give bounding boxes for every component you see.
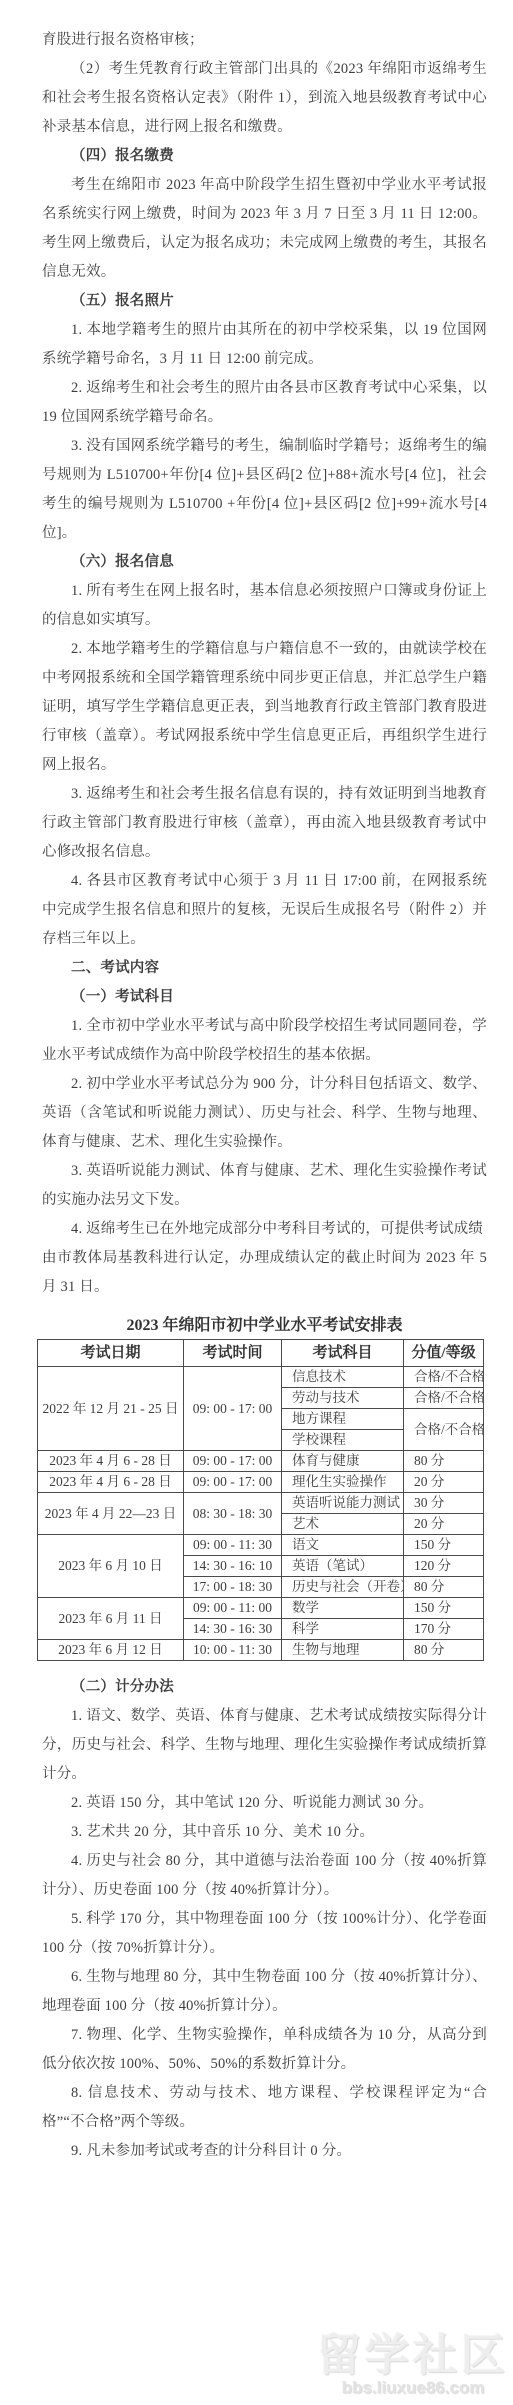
cell-subject: 劳动与技术: [282, 1388, 404, 1409]
watermark-logo-text: 留学社区: [317, 2333, 509, 2379]
para-scoring-biology-geography: 6. 生物与地理 80 分，其中生物卷面 100 分（按 40%折算计分）、地理…: [42, 1963, 487, 2021]
heading-registration-info: （六）报名信息: [42, 548, 487, 577]
table-row: 2023 年 6 月 12 日 10: 00 - 11: 30 生物与地理 80…: [38, 1640, 484, 1661]
table-header-row: 考试日期 考试时间 考试科目 分值/等级: [38, 1340, 484, 1367]
document-page: 育股进行报名资格审核； （2）考生凭教育行政主管部门出具的《2023 年绵阳市返…: [0, 0, 513, 2405]
para-photo-returning: 2. 返绵考生和社会考生的照片由各县市区教育考试中心采集，以 19 位国网系统学…: [42, 374, 487, 432]
cell-time: 14: 30 - 16: 10: [184, 1556, 282, 1577]
para-payment-detail: 考生在绵阳市 2023 年高中阶段学生招生暨初中学业水平考试报名系统实行网上缴费…: [42, 171, 487, 287]
cell-score: 20 分: [404, 1472, 484, 1493]
cell-date: 2023 年 6 月 11 日: [38, 1598, 184, 1640]
cell-time: 09: 00 - 17: 00: [184, 1451, 282, 1472]
cell-subject: 信息技术: [282, 1367, 404, 1388]
exam-table-title: 2023 年绵阳市初中学业水平考试安排表: [42, 1312, 487, 1335]
cell-score: 120 分: [404, 1556, 484, 1577]
heading-registration-photo: （五）报名照片: [42, 287, 487, 316]
cell-score: 合格/不合格: [404, 1409, 484, 1451]
cell-date: 2023 年 6 月 12 日: [38, 1640, 184, 1661]
cell-subject: 体育与健康: [282, 1451, 404, 1472]
cell-score: 80 分: [404, 1577, 484, 1598]
table-row: 2023 年 4 月 22—23 日 08: 30 - 18: 30 英语听说能…: [38, 1493, 484, 1514]
cell-time: 09: 00 - 11: 00: [184, 1598, 282, 1619]
para-photo-numbering-rule: 3. 没有国网系统学籍号的考生，编制临时学籍号；返绵考生的编号规则为 L5107…: [42, 432, 487, 548]
cell-score: 150 分: [404, 1535, 484, 1556]
cell-time: 08: 30 - 18: 30: [184, 1493, 282, 1535]
cell-subject: 历史与社会（开卷）: [282, 1577, 404, 1598]
cell-time: 09: 00 - 17: 00: [184, 1472, 282, 1493]
para-scoring-science: 5. 科学 170 分，其中物理卷面 100 分（按 100%计分）、化学卷面 …: [42, 1905, 487, 1963]
para-photo-local: 1. 本地学籍考生的照片由其所在的初中学校采集，以 19 位国网系统学籍号命名，…: [42, 316, 487, 374]
cell-time: 14: 30 - 16: 30: [184, 1619, 282, 1640]
cell-date: 2022 年 12 月 21 - 25 日: [38, 1367, 184, 1451]
para-scoring-lab-operation: 7. 物理、化学、生物实验操作，单科成绩各为 10 分，从高分到低分依次按 10…: [42, 2021, 487, 2079]
para-returning-scores: 4. 返绵考生已在外地完成部分中考科目考试的，可提供考试成绩: [42, 1215, 487, 1244]
cell-time: 10: 00 - 11: 30: [184, 1640, 282, 1661]
cell-subject: 艺术: [282, 1514, 404, 1535]
cell-time: 09: 00 - 17: 00: [184, 1367, 282, 1451]
table-row: 2023 年 6 月 10 日 09: 00 - 11: 30 语文 150 分: [38, 1535, 484, 1556]
para-scoring-english: 2. 英语 150 分，其中笔试 120 分、听说能力测试 30 分。: [42, 1789, 487, 1818]
para-subjects-separate-rules: 3. 英语听说能力测试、体育与健康、艺术、理化生实验操作考试的实施办法另文下发。: [42, 1157, 487, 1215]
cell-date: 2023 年 4 月 6 - 28 日: [38, 1451, 184, 1472]
cell-time: 17: 00 - 18: 30: [184, 1577, 282, 1598]
cell-score: 80 分: [404, 1451, 484, 1472]
cell-subject: 科学: [282, 1619, 404, 1640]
para-info-error: 3. 返绵考生和社会考生报名信息有误的，持有效证明到当地教育行政主管部门教育股进…: [42, 780, 487, 867]
para-info-verify: 4. 各县市区教育考试中心须于 3 月 11 日 17:00 前，在网报系统中完…: [42, 867, 487, 954]
exam-schedule-table: 考试日期 考试时间 考试科目 分值/等级 2022 年 12 月 21 - 25…: [37, 1339, 484, 1661]
para-scoring-history-society: 4. 历史与社会 80 分，其中道德与法治卷面 100 分（按 40%折算计分）…: [42, 1847, 487, 1905]
header-exam-time: 考试时间: [184, 1340, 282, 1367]
header-exam-date: 考试日期: [38, 1340, 184, 1367]
heading-exam-subjects: （一）考试科目: [42, 983, 487, 1012]
heading-registration-payment: （四）报名缴费: [42, 142, 487, 171]
cell-date: 2023 年 6 月 10 日: [38, 1535, 184, 1598]
cell-subject: 地方课程: [282, 1409, 404, 1430]
para-score-recognition-deadline: 由市教体局基教科进行认定，办理成绩认定的截止时间为 2023 年 5 月 31 …: [42, 1244, 487, 1302]
cell-subject: 语文: [282, 1535, 404, 1556]
cell-subject: 生物与地理: [282, 1640, 404, 1661]
cell-subject: 英语（笔试）: [282, 1556, 404, 1577]
header-exam-subject: 考试科目: [282, 1340, 404, 1367]
cell-time: 09: 00 - 11: 30: [184, 1535, 282, 1556]
para-review-continuation: 育股进行报名资格审核；: [42, 26, 487, 55]
cell-score: 20 分: [404, 1514, 484, 1535]
table-row: 2023 年 4 月 6 - 28 日 09: 00 - 17: 00 体育与健…: [38, 1451, 484, 1472]
watermark-site-url: bbs.liuxue86.com: [317, 2379, 509, 2397]
para-returning-candidates: （2）考生凭教育行政主管部门出具的《2023 年绵阳市返绵考生和社会考生报名资格…: [42, 55, 487, 142]
table-row: 2023 年 4 月 6 - 28 日 09: 00 - 17: 00 理化生实…: [38, 1472, 484, 1493]
cell-score: 150 分: [404, 1598, 484, 1619]
cell-score: 30 分: [404, 1493, 484, 1514]
cell-score: 80 分: [404, 1640, 484, 1661]
cell-score: 170 分: [404, 1619, 484, 1640]
para-info-fill: 1. 所有考生在网上报名时，基本信息必须按照户口簿或身份证上的信息如实填写。: [42, 577, 487, 635]
para-scoring-art: 3. 艺术共 20 分，其中音乐 10 分、美术 10 分。: [42, 1818, 487, 1847]
cell-subject: 理化生实验操作: [282, 1472, 404, 1493]
site-watermark: 留学社区 bbs.liuxue86.com: [317, 2333, 509, 2397]
para-info-mismatch: 2. 本地学籍考生的学籍信息与户籍信息不一致的，由就读学校在中考网报系统和全国学…: [42, 635, 487, 780]
cell-subject: 英语听说能力测试: [282, 1493, 404, 1514]
table-row: 2022 年 12 月 21 - 25 日 09: 00 - 17: 00 信息…: [38, 1367, 484, 1388]
section-exam-content: 二、考试内容: [42, 954, 487, 983]
cell-date: 2023 年 4 月 22—23 日: [38, 1493, 184, 1535]
cell-score: 合格/不合格: [404, 1367, 484, 1388]
heading-scoring-method: （二）计分办法: [42, 1673, 487, 1702]
table-row: 2023 年 6 月 11 日 09: 00 - 11: 00 数学 150 分: [38, 1598, 484, 1619]
para-scoring-pass-fail: 8. 信息技术、劳动与技术、地方课程、学校课程评定为“合格”“不合格”两个等级。: [42, 2079, 487, 2137]
para-subjects-same-paper: 1. 全市初中学业水平考试与高中阶段学校招生考试同题同卷，学业水平考试成绩作为高…: [42, 1012, 487, 1070]
cell-date: 2023 年 4 月 6 - 28 日: [38, 1472, 184, 1493]
header-score-grade: 分值/等级: [404, 1340, 484, 1367]
cell-score: 合格/不合格: [404, 1388, 484, 1409]
cell-subject: 数学: [282, 1598, 404, 1619]
cell-subject: 学校课程: [282, 1430, 404, 1451]
para-scoring-actual: 1. 语文、数学、英语、体育与健康、艺术考试成绩按实际得分计分，历史与社会、科学…: [42, 1702, 487, 1789]
para-subjects-total-score: 2. 初中学业水平考试总分为 900 分，计分科目包括语文、数学、英语（含笔试和…: [42, 1070, 487, 1157]
para-scoring-absent-zero: 9. 凡未参加考试或考查的计分科目计 0 分。: [42, 2137, 487, 2166]
